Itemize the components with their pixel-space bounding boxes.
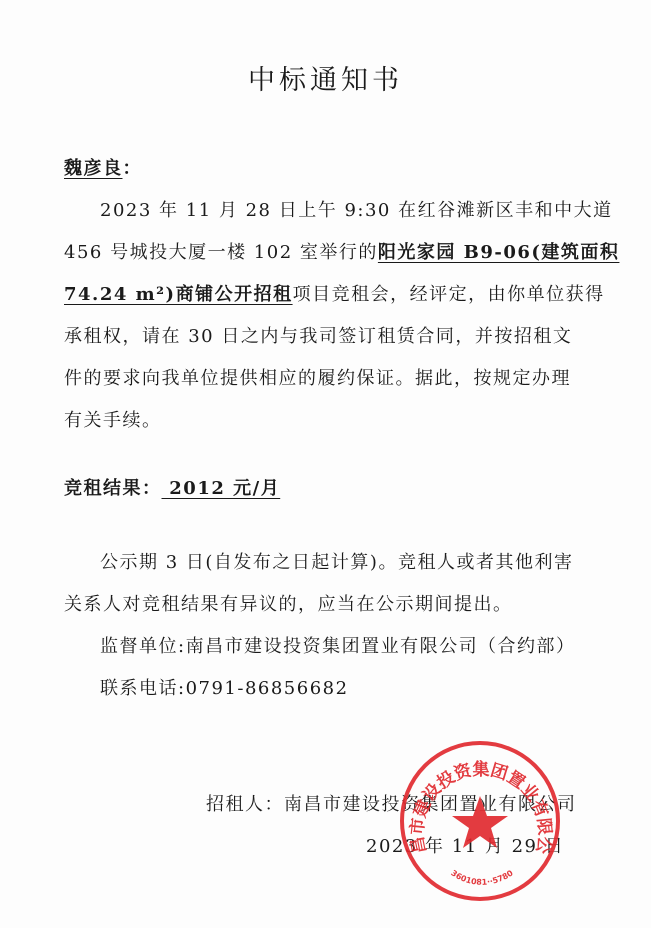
recipient-name: 魏彦良 [64, 158, 123, 179]
supervisor-line: 监督单位:南昌市建设投资集团置业有限公司（合约部） [100, 632, 576, 658]
para1-line4: 承租权，请在 30 日之内与我司签订租赁合同，并按招租文 [64, 322, 572, 348]
svg-text:3601081··5780: 3601081··5780 [449, 868, 515, 887]
para2-line1: 公示期 3 日(自发布之日起计算)。竞租人或者其他利害 [100, 548, 573, 574]
para1-line3: 74.24 m²)商铺公开招租项目竞租会，经评定，由你单位获得 [64, 280, 605, 306]
para1-line2: 456 号城投大厦一楼 102 室举行的阳光家园 B9-06(建筑面积 [64, 238, 619, 264]
notice-page: 中标通知书 魏彦良： 2023 年 11 月 28 日上午 9:30 在红谷滩新… [0, 0, 651, 928]
para1-line5: 件的要求向我单位提供相应的履约保证。据此，按规定办理 [64, 364, 571, 390]
recipient: 魏彦良： [64, 154, 142, 180]
company-seal-icon: 南昌市建设投资集团置业有限公司 3601081··5780 [397, 738, 563, 904]
document-title: 中标通知书 [0, 58, 651, 97]
phone-line: 联系电话:0791-86856682 [100, 674, 349, 700]
project-name-cont: 74.24 m²)商铺公开招租 [64, 284, 293, 305]
result-label: 竞租结果： [64, 478, 162, 499]
para1-line6: 有关手续。 [64, 406, 162, 432]
para1-line1: 2023 年 11 月 28 日上午 9:30 在红谷滩新区丰和中大道 [100, 196, 613, 222]
project-name: 阳光家园 B9-06(建筑面积 [378, 242, 620, 263]
result-row: 竞租结果： 2012 元/月 [64, 474, 280, 500]
result-value: 2012 元/月 [162, 478, 281, 499]
para2-line2: 关系人对竞租结果有异议的，应当在公示期间提出。 [64, 590, 513, 616]
